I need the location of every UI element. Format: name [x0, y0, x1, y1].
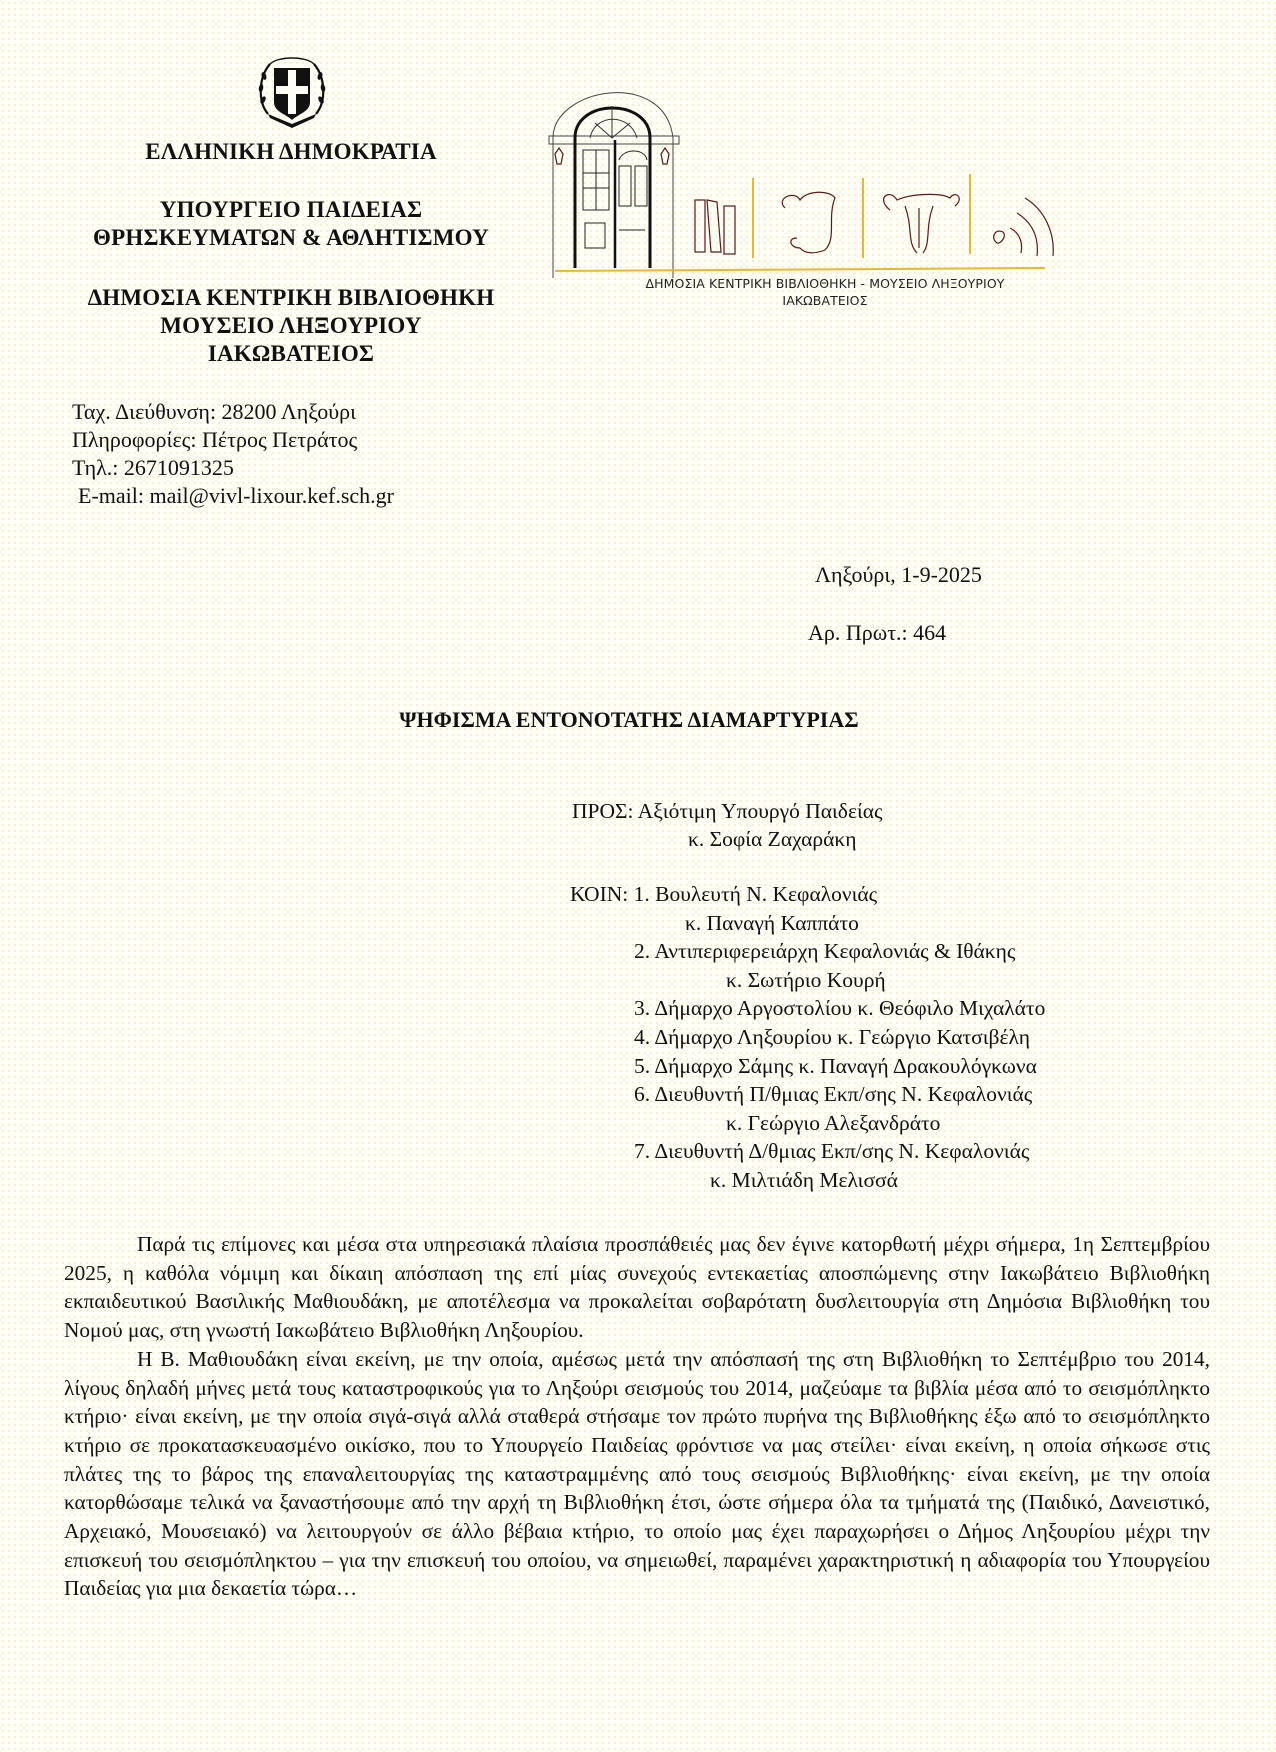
- cc-block: ΚΟΙΝ: 1. Βουλευτή Ν. Κεφαλονιάς κ. Παναγ…: [570, 880, 1210, 1195]
- recipient-line: ΠΡΟΣ: Αξιότιμη Υπουργό Παιδείας: [572, 797, 883, 825]
- letterhead-library: ΔΗΜΟΣΙΑ ΚΕΝΤΡΙΚΗ ΒΙΒΛΙΟΘΗΚΗ ΜΟΥΣΕΙΟ ΛΗΞΟ…: [60, 284, 522, 368]
- library-door-logo-icon: [545, 78, 1075, 278]
- contact-info: Ταχ. Διεύθυνση: 28200 Ληξούρι Πληροφορίε…: [72, 398, 394, 510]
- document-title: ΨΗΦΙΣΜΑ ΕΝΤΟΝΟΤΑΤΗΣ ΔΙΑΜΑΡΤΥΡΙΑΣ: [0, 707, 1276, 733]
- cc-item: κ. Παναγή Καππάτο: [570, 909, 1210, 938]
- cc-item: κ. Γεώργιο Αλεξανδράτο: [570, 1109, 1210, 1138]
- greek-coat-of-arms-icon: [254, 52, 330, 132]
- body-paragraph: Η Β. Μαθιουδάκη είναι εκείνη, με την οπο…: [64, 1345, 1210, 1603]
- cc-item: 6. Διευθυντή Π/θμιας Εκπ/σης Ν. Κεφαλονι…: [570, 1080, 1210, 1109]
- cc-item: 7. Διευθυντή Δ/θμιας Εκπ/σης Ν. Κεφαλονι…: [570, 1137, 1210, 1166]
- contact-email: E-mail: mail@vivl-lixour.kef.sch.gr: [72, 482, 394, 510]
- cc-item: κ. Σωτήριο Κουρή: [570, 966, 1210, 995]
- letterhead-country: ΕΛΛΗΝΙΚΗ ΔΗΜΟΚΡΑΤΙΑ: [60, 138, 522, 166]
- cc-item: 3. Δήμαρχο Αργοστολίου κ. Θεόφιλο Μιχαλά…: [570, 994, 1210, 1023]
- cc-item: 5. Δήμαρχο Σάμης κ. Παναγή Δρακουλόγκωνα: [570, 1052, 1210, 1081]
- recipient-name: κ. Σοφία Ζαχαράκη: [572, 825, 883, 853]
- document-page: { "letterhead": { "emblem_icon": "greek-…: [0, 0, 1276, 1752]
- letter-body: Παρά τις επίμονες και μέσα στα υπηρεσιακ…: [64, 1230, 1210, 1603]
- cc-item: 4. Δήμαρχο Ληξουρίου κ. Γεώργιο Κατσιβέλ…: [570, 1023, 1210, 1052]
- contact-phone: Τηλ.: 2671091325: [72, 454, 394, 482]
- protocol-number: Αρ. Πρωτ.: 464: [808, 620, 946, 646]
- contact-address: Ταχ. Διεύθυνση: 28200 Ληξούρι: [72, 398, 394, 426]
- contact-info-person: Πληροφορίες: Πέτρος Πετράτος: [72, 426, 394, 454]
- logo-caption: ΔΗΜΟΣΙΑ ΚΕΝΤΡΙΚΗ ΒΙΒΛΙΟΘΗΚΗ - ΜΟΥΣΕΙΟ ΛΗ…: [600, 275, 1050, 309]
- body-paragraph: Παρά τις επίμονες και μέσα στα υπηρεσιακ…: [64, 1230, 1210, 1345]
- cc-item: 2. Αντιπεριφερειάρχη Κεφαλονιάς & Ιθάκης: [570, 937, 1210, 966]
- recipient-block: ΠΡΟΣ: Αξιότιμη Υπουργό Παιδείας κ. Σοφία…: [572, 797, 883, 853]
- document-date: Ληξούρι, 1-9-2025: [815, 562, 982, 588]
- letterhead-ministry: ΥΠΟΥΡΓΕΙΟ ΠΑΙΔΕΙΑΣ ΘΡΗΣΚΕΥΜΑΤΩΝ & ΑΘΛΗΤΙ…: [60, 196, 522, 252]
- cc-label-line: ΚΟΙΝ: 1. Βουλευτή Ν. Κεφαλονιάς: [570, 880, 1210, 909]
- cc-item: κ. Μιλτιάδη Μελισσά: [570, 1166, 1210, 1195]
